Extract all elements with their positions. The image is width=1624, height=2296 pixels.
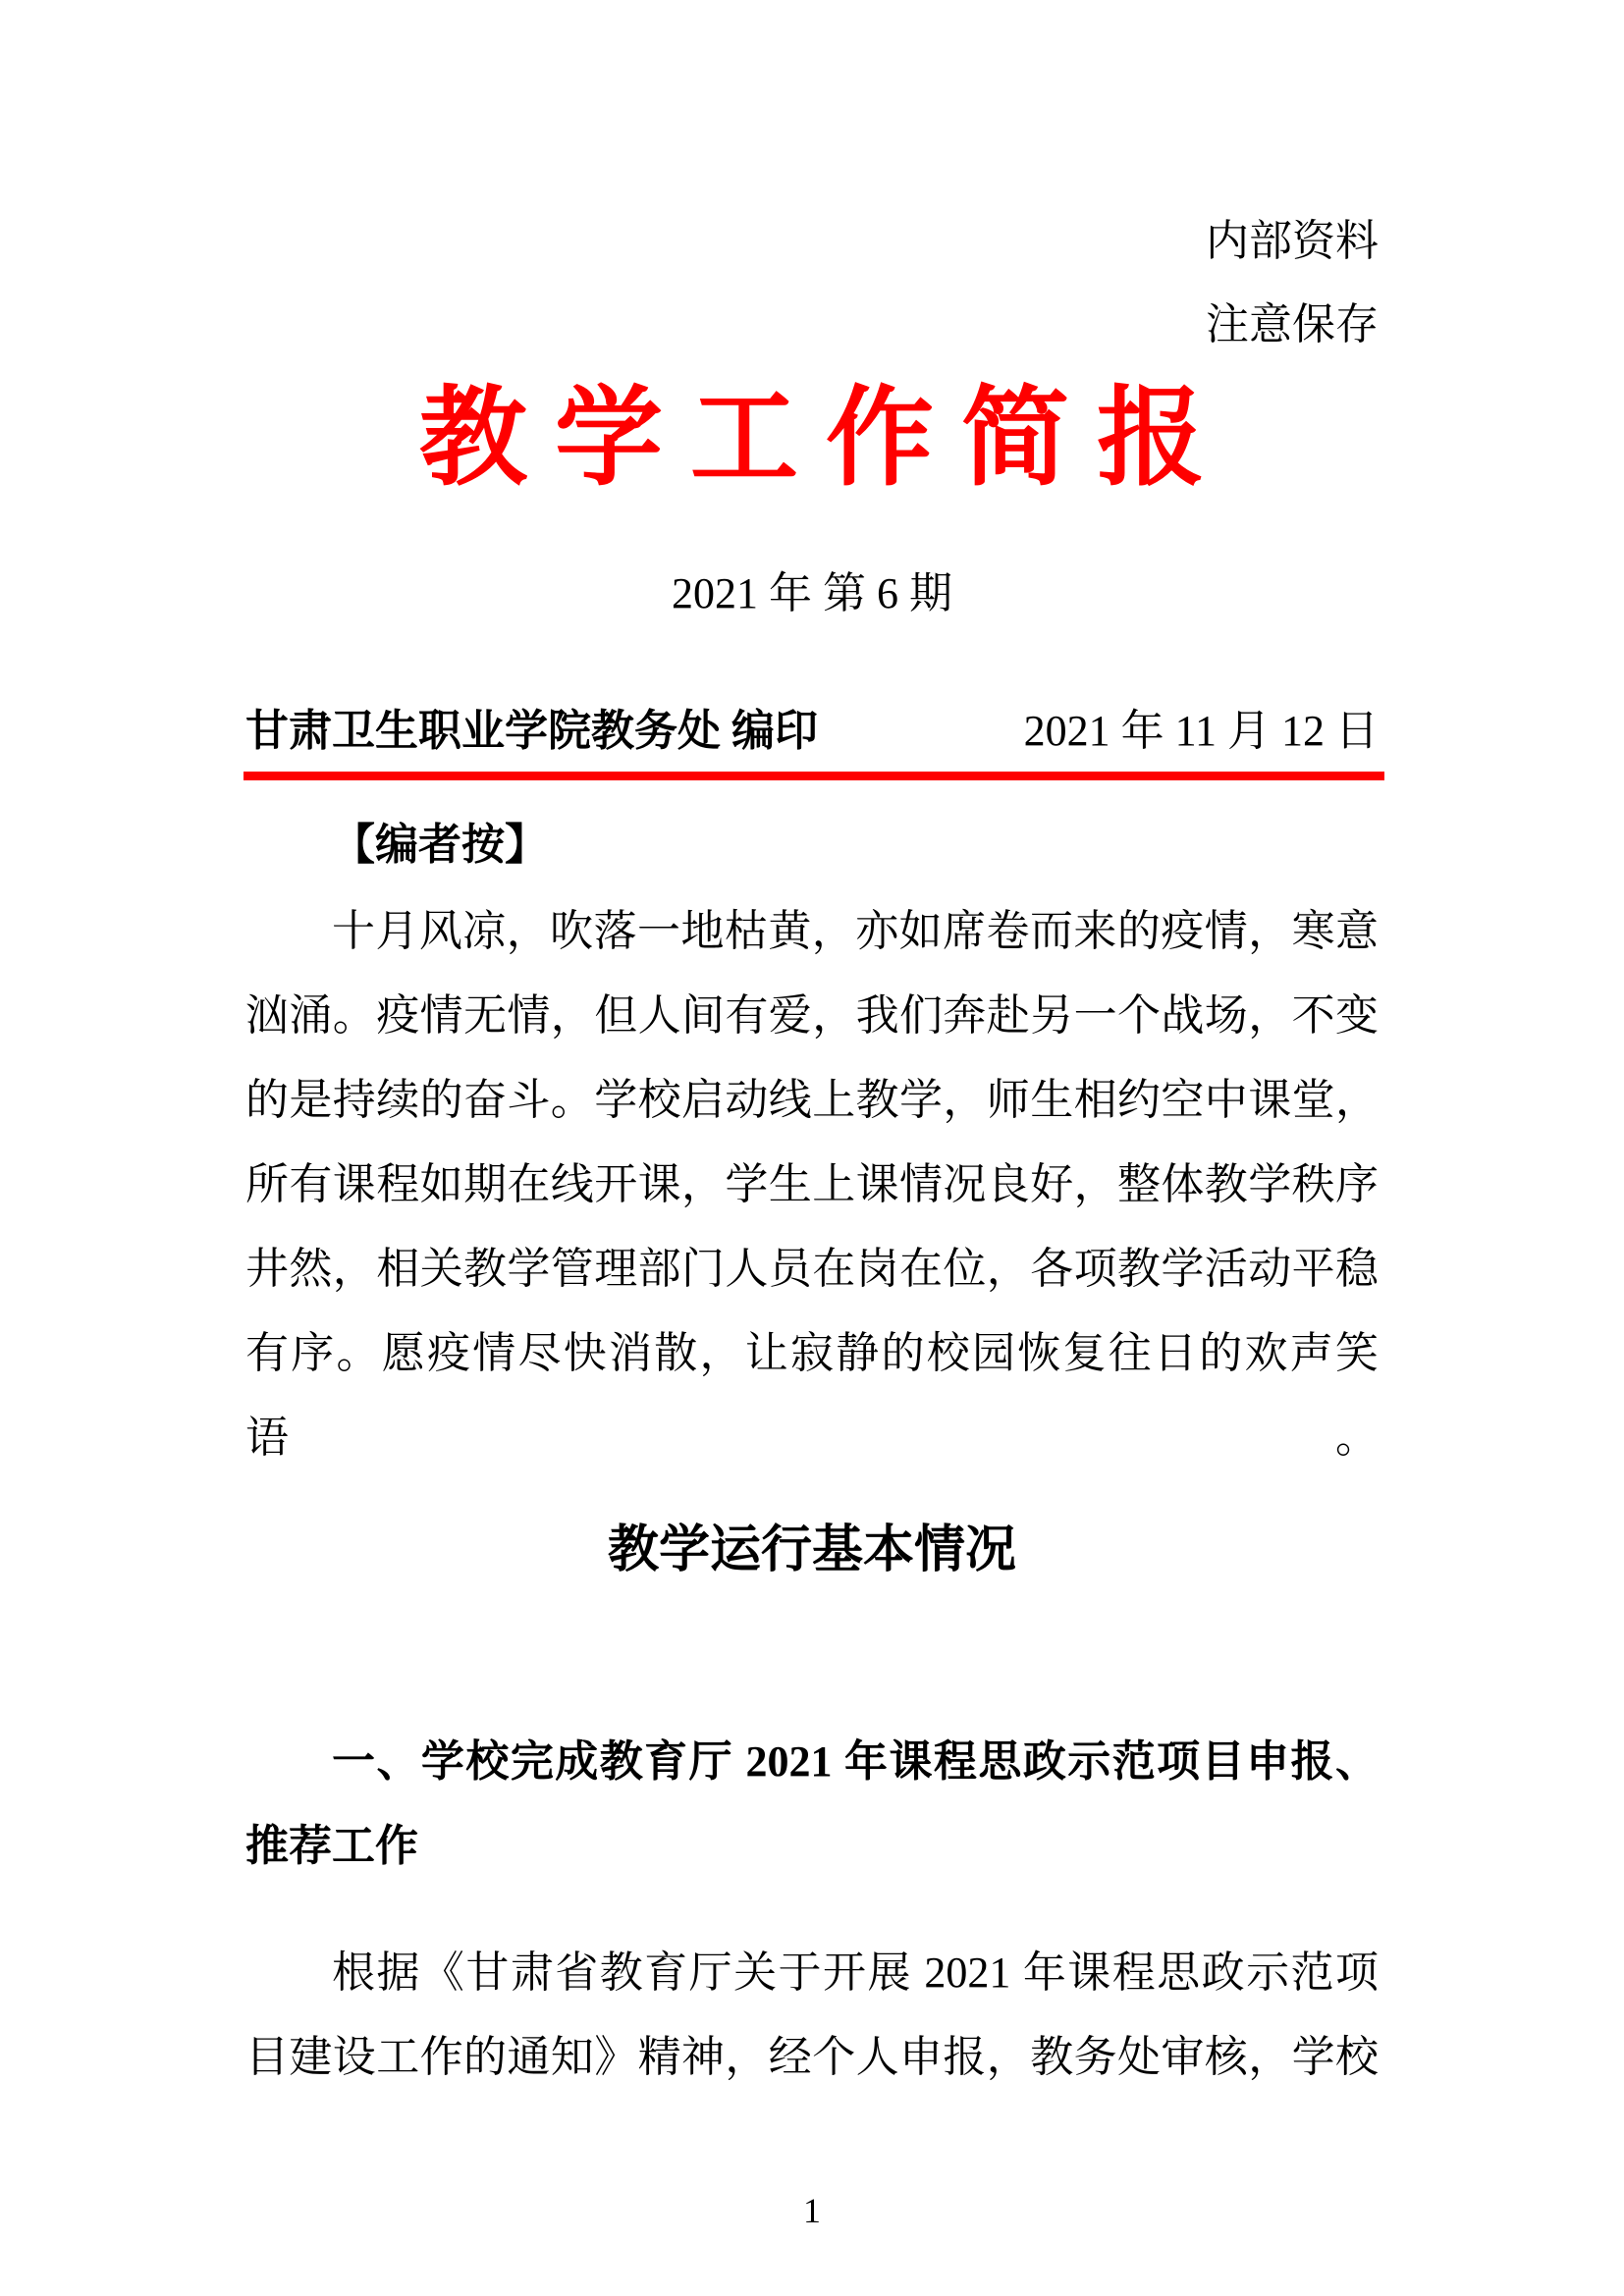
editor-note-paragraph: 十月风凉，吹落一地枯黄，亦如席卷而来的疫情，寒意 汹涌。疫情无情，但人间有爱，我… [245, 889, 1379, 1396]
editor-note-line: 十月风凉，吹落一地枯黄，亦如席卷而来的疫情，寒意 [245, 889, 1379, 974]
document-page: 内部资料 注意保存 教学工作简报 2021 年 第 6 期 甘肃卫生职业学院教务… [0, 0, 1624, 2296]
editor-note-line: 所有课程如期在线开课，学生上课情况良好，整体教学秩序 [245, 1143, 1379, 1227]
publish-date: 2021 年 11 月 12 日 [1024, 703, 1379, 760]
editor-note-line: 井然，相关教学管理部门人员在岗在位，各项教学活动平稳 [245, 1227, 1379, 1311]
subsection-heading-line: 一、学校完成教育厅 2021 年课程思政示范项目申报、 [245, 1720, 1379, 1804]
classification-line-1: 内部资料 [1206, 199, 1379, 283]
editor-note-heading: 【编者按】 [332, 818, 548, 873]
bulletin-title: 教学工作简报 [0, 379, 1624, 499]
issue-number: 2021 年 第 6 期 [0, 564, 1624, 623]
body-paragraph: 根据《甘肃省教育厅关于开展 2021 年课程思政示范项 目建设工作的通知》精神，… [245, 1931, 1379, 2100]
body-paragraph-line: 目建设工作的通知》精神，经个人申报，教务处审核，学校 [245, 2015, 1379, 2100]
editor-note-line: 有序。愿疫情尽快消散，让寂静的校园恢复往日的欢声笑语。 [245, 1311, 1379, 1396]
classification-line-2: 注意保存 [1206, 283, 1379, 366]
page-number: 1 [0, 2191, 1624, 2230]
subsection-heading: 一、学校完成教育厅 2021 年课程思政示范项目申报、 推荐工作 [245, 1720, 1379, 1889]
section-heading: 教学运行基本情况 [0, 1520, 1624, 1580]
editor-note-line: 汹涌。疫情无情，但人间有爱，我们奔赴另一个战场，不变 [245, 974, 1379, 1058]
subsection-heading-line: 推荐工作 [245, 1804, 1379, 1889]
body-paragraph-line: 根据《甘肃省教育厅关于开展 2021 年课程思政示范项 [245, 1931, 1379, 2015]
editor-note-line: 的是持续的奋斗。学校启动线上教学，师生相约空中课堂， [245, 1058, 1379, 1143]
classification-block: 内部资料 注意保存 [1206, 199, 1379, 366]
masthead-divider [244, 772, 1384, 780]
publisher-label: 甘肃卫生职业学院教务处 编印 [245, 703, 818, 760]
masthead-row: 甘肃卫生职业学院教务处 编印 2021 年 11 月 12 日 [245, 703, 1379, 760]
